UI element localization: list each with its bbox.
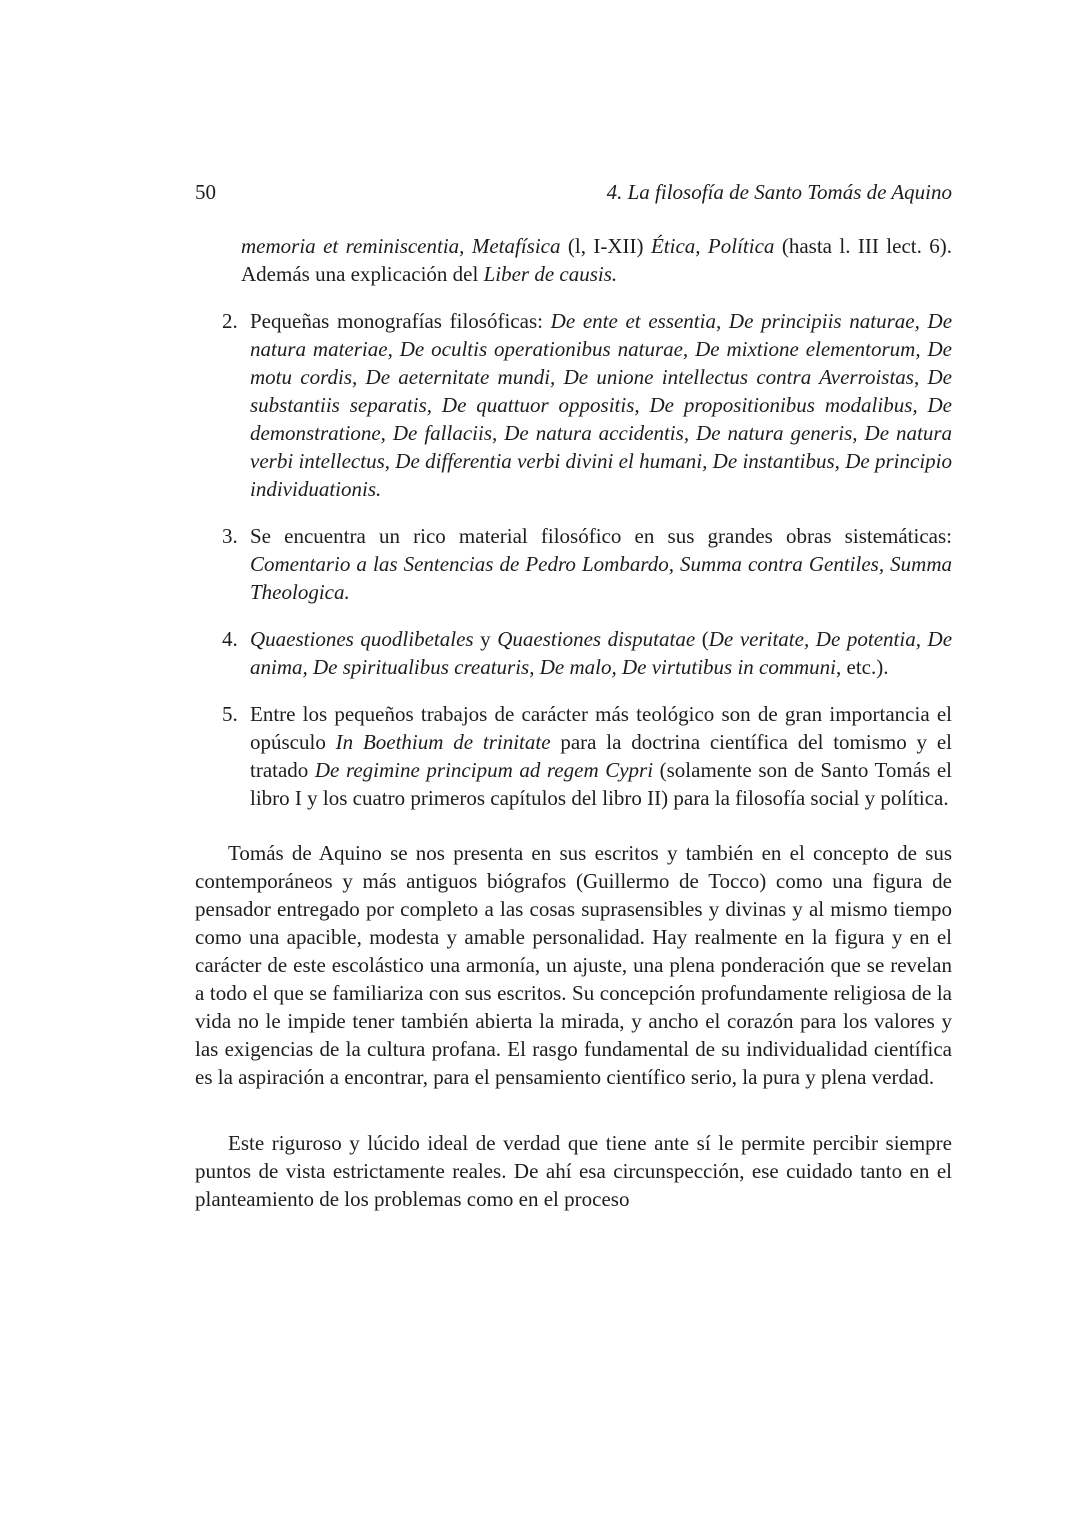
document-page: 50 4. La filosofía de Santo Tomás de Aqu…	[0, 0, 1080, 1528]
item-number: 3.	[222, 522, 238, 550]
works-list: 2. Pequeñas monografías filosóficas: De …	[195, 307, 952, 812]
item-number: 4.	[222, 625, 238, 653]
list-item-2: 2. Pequeñas monografías filosóficas: De …	[195, 307, 952, 503]
item-text: Entre los pequeños trabajos de carácter …	[250, 702, 952, 810]
body-paragraph-2: Este riguroso y lúcido ideal de verdad q…	[195, 1129, 952, 1213]
item-text: Se encuentra un rico material filosófico…	[250, 524, 952, 604]
running-title: 4. La filosofía de Santo Tomás de Aquino	[607, 178, 952, 206]
running-header: 50 4. La filosofía de Santo Tomás de Aqu…	[195, 178, 952, 206]
list-item-4: 4. Quaestiones quodlibetales y Quaestion…	[195, 625, 952, 681]
list-item-1-continuation: memoria et reminiscentia, Metafísica (l,…	[241, 232, 952, 288]
item-number: 5.	[222, 700, 238, 728]
body-paragraph-1: Tomás de Aquino se nos presenta en sus e…	[195, 839, 952, 1091]
list-item-3: 3. Se encuentra un rico material filosóf…	[195, 522, 952, 606]
item-number: 2.	[222, 307, 238, 335]
page-number: 50	[195, 178, 216, 206]
list-item-5: 5. Entre los pequeños trabajos de caráct…	[195, 700, 952, 812]
item-text: Pequeñas monografías filosóficas: De ent…	[250, 309, 952, 501]
text-column: 50 4. La filosofía de Santo Tomás de Aqu…	[195, 178, 952, 1213]
item-text: Quaestiones quodlibetales y Quaestiones …	[250, 627, 952, 679]
